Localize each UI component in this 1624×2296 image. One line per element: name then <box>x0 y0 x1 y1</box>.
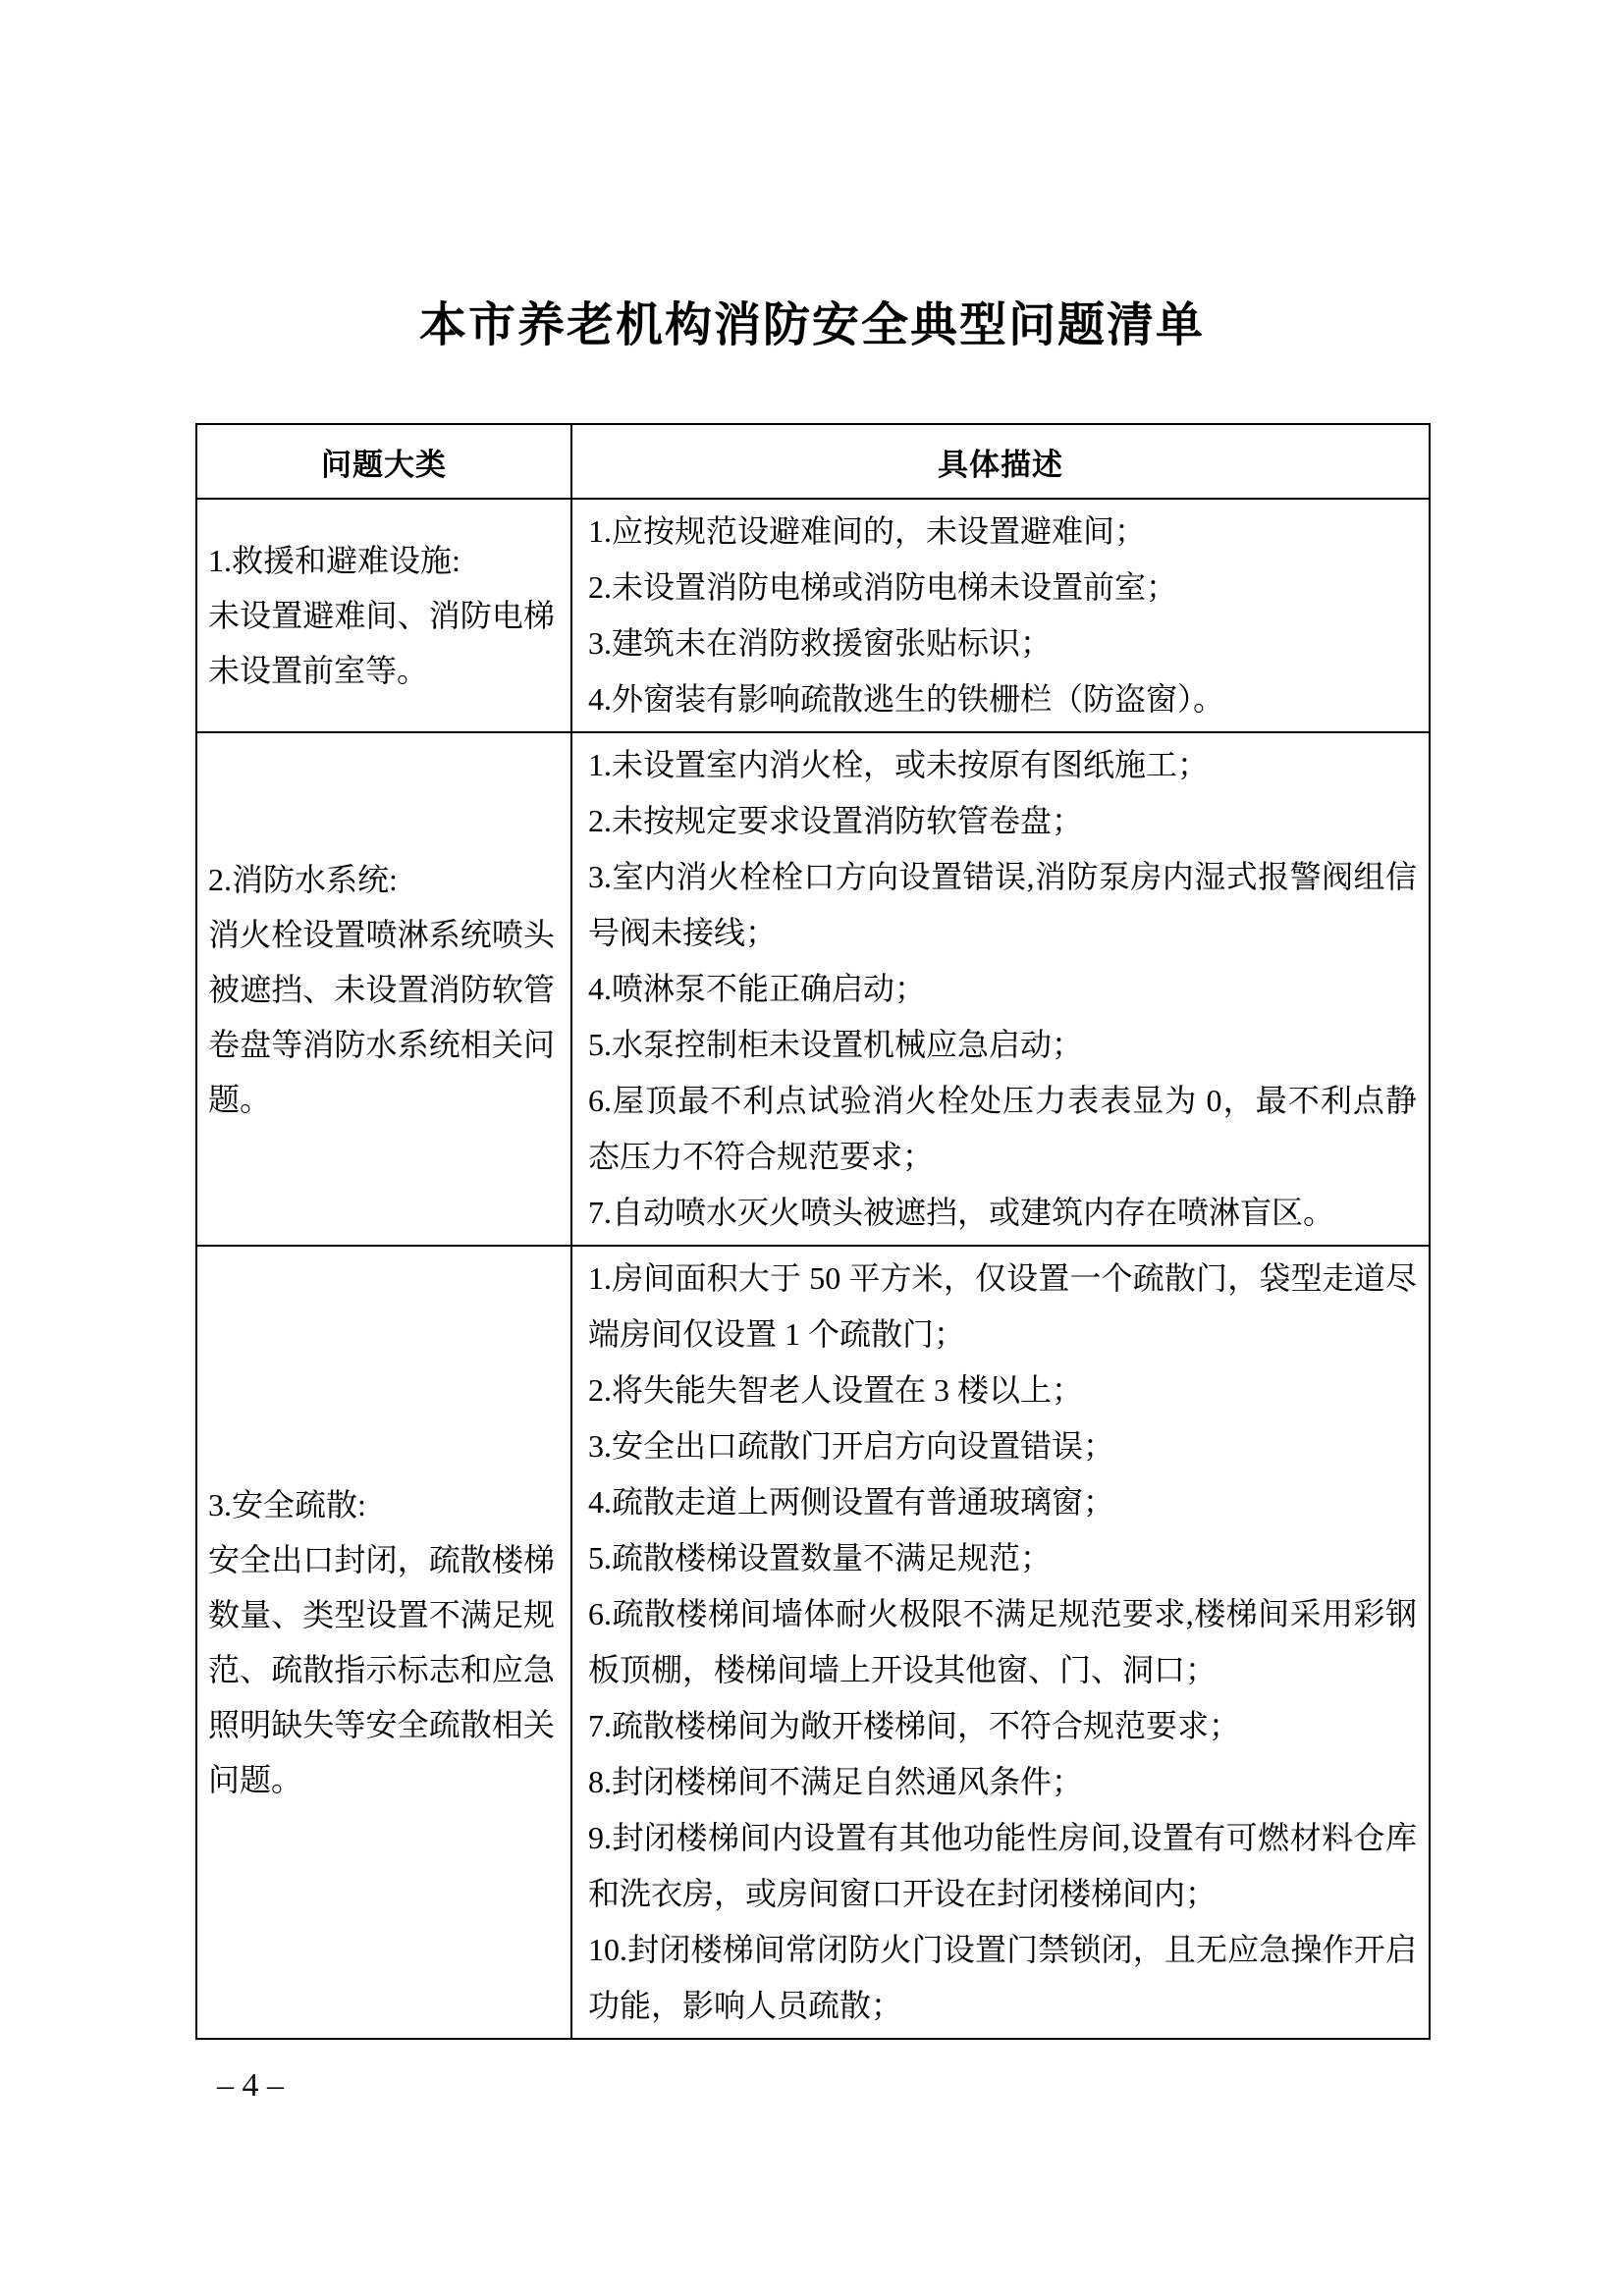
category-label: 3.安全疏散: <box>208 1477 555 1532</box>
table-header-row: 问题大类 具体描述 <box>196 424 1430 499</box>
description-cell: 1.房间面积大于 50 平方米，仅设置一个疏散门，袋型走道尽端房间仅设置 1 个… <box>571 1246 1430 2039</box>
category-note: 安全出口封闭，疏散楼梯数量、类型设置不满足规范、疏散指示标志和应急照明缺失等安全… <box>208 1532 555 1807</box>
page-title: 本市养老机构消防安全典型问题清单 <box>0 294 1624 357</box>
description-item: 1.房间面积大于 50 平方米，仅设置一个疏散门，袋型走道尽端房间仅设置 1 个… <box>588 1251 1417 1362</box>
issues-table: 问题大类 具体描述 1.救援和避难设施: 未设置避难间、消防电梯未设置前室等。 … <box>195 423 1431 2040</box>
category-label: 2.消防水系统: <box>208 852 555 907</box>
description-item: 7.自动喷水灭火喷头被遮挡，或建筑内存在喷淋盲区。 <box>588 1185 1417 1241</box>
description-item: 6.疏散楼梯间墙体耐火极限不满足规范要求,楼梯间采用彩钢板顶棚，楼梯间墙上开设其… <box>588 1586 1417 1698</box>
table-row: 2.消防水系统: 消火栓设置喷淋系统喷头被遮挡、未设置消防软管卷盘等消防水系统相… <box>196 732 1430 1246</box>
table-row: 1.救援和避难设施: 未设置避难间、消防电梯未设置前室等。 1.应按规范设避难间… <box>196 499 1430 732</box>
category-cell: 3.安全疏散: 安全出口封闭，疏散楼梯数量、类型设置不满足规范、疏散指示标志和应… <box>196 1246 571 2039</box>
category-note: 未设置避难间、消防电梯未设置前室等。 <box>208 588 555 698</box>
description-item: 7.疏散楼梯间为敞开楼梯间，不符合规范要求； <box>588 1698 1417 1754</box>
description-cell: 1.应按规范设避难间的，未设置避难间；2.未设置消防电梯或消防电梯未设置前室；3… <box>571 499 1430 732</box>
description-cell: 1.未设置室内消火栓，或未按原有图纸施工；2.未按规定要求设置消防软管卷盘；3.… <box>571 732 1430 1246</box>
description-item: 5.水泵控制柜未设置机械应急启动； <box>588 1017 1417 1073</box>
category-cell: 1.救援和避难设施: 未设置避难间、消防电梯未设置前室等。 <box>196 499 571 732</box>
description-item: 1.未设置室内消火栓，或未按原有图纸施工； <box>588 737 1417 793</box>
description-item: 5.疏散楼梯设置数量不满足规范； <box>588 1530 1417 1586</box>
description-item: 1.应按规范设避难间的，未设置避难间； <box>588 504 1417 560</box>
description-item: 3.安全出口疏散门开启方向设置错误； <box>588 1418 1417 1474</box>
description-item: 4.喷淋泵不能正确启动； <box>588 961 1417 1017</box>
description-item: 2.将失能失智老人设置在 3 楼以上； <box>588 1362 1417 1418</box>
category-label: 1.救援和避难设施: <box>208 533 555 588</box>
description-item: 3.建筑未在消防救援窗张贴标识； <box>588 615 1417 671</box>
description-item: 2.未按规定要求设置消防软管卷盘； <box>588 793 1417 849</box>
description-item: 4.疏散走道上两侧设置有普通玻璃窗； <box>588 1474 1417 1530</box>
description-item: 4.外窗装有影响疏散逃生的铁栅栏（防盗窗）。 <box>588 671 1417 727</box>
description-item: 6.屋顶最不利点试验消火栓处压力表表显为 0，最不利点静态压力不符合规范要求； <box>588 1073 1417 1185</box>
description-item: 3.室内消火栓栓口方向设置错误,消防泵房内湿式报警阀组信号阀未接线； <box>588 849 1417 961</box>
page-footer: – 4 – <box>217 2066 284 2106</box>
description-items: 1.应按规范设避难间的，未设置避难间；2.未设置消防电梯或消防电梯未设置前室；3… <box>588 504 1417 727</box>
col-header-description: 具体描述 <box>571 424 1430 499</box>
description-items: 1.未设置室内消火栓，或未按原有图纸施工；2.未按规定要求设置消防软管卷盘；3.… <box>588 737 1417 1241</box>
table-row: 3.安全疏散: 安全出口封闭，疏散楼梯数量、类型设置不满足规范、疏散指示标志和应… <box>196 1246 1430 2039</box>
description-item: 2.未设置消防电梯或消防电梯未设置前室； <box>588 560 1417 615</box>
description-item: 8.封闭楼梯间不满足自然通风条件； <box>588 1754 1417 1810</box>
category-note: 消火栓设置喷淋系统喷头被遮挡、未设置消防软管卷盘等消防水系统相关问题。 <box>208 907 555 1127</box>
col-header-category: 问题大类 <box>196 424 571 499</box>
page-number: – 4 – <box>217 2067 284 2104</box>
category-cell: 2.消防水系统: 消火栓设置喷淋系统喷头被遮挡、未设置消防软管卷盘等消防水系统相… <box>196 732 571 1246</box>
document-page: 本市养老机构消防安全典型问题清单 问题大类 具体描述 1.救援和避难设施: 未设… <box>0 0 1624 2296</box>
description-items: 1.房间面积大于 50 平方米，仅设置一个疏散门，袋型走道尽端房间仅设置 1 个… <box>588 1251 1417 2034</box>
description-item: 9.封闭楼梯间内设置有其他功能性房间,设置有可燃材料仓库和洗衣房，或房间窗口开设… <box>588 1810 1417 1922</box>
description-item: 10.封闭楼梯间常闭防火门设置门禁锁闭，且无应急操作开启功能，影响人员疏散； <box>588 1922 1417 2034</box>
